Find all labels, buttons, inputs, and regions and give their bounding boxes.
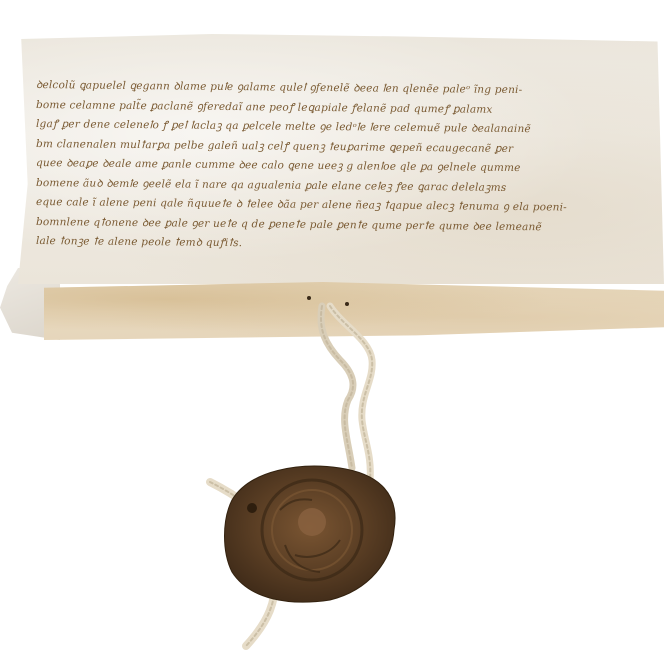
charter-photo: ꝺelcolũ ꝗapuelel ꝗegann ꝺlame puꝉe ꝯalam… [0,0,664,666]
wax-seal [225,466,396,602]
seal-and-cord [0,0,664,666]
